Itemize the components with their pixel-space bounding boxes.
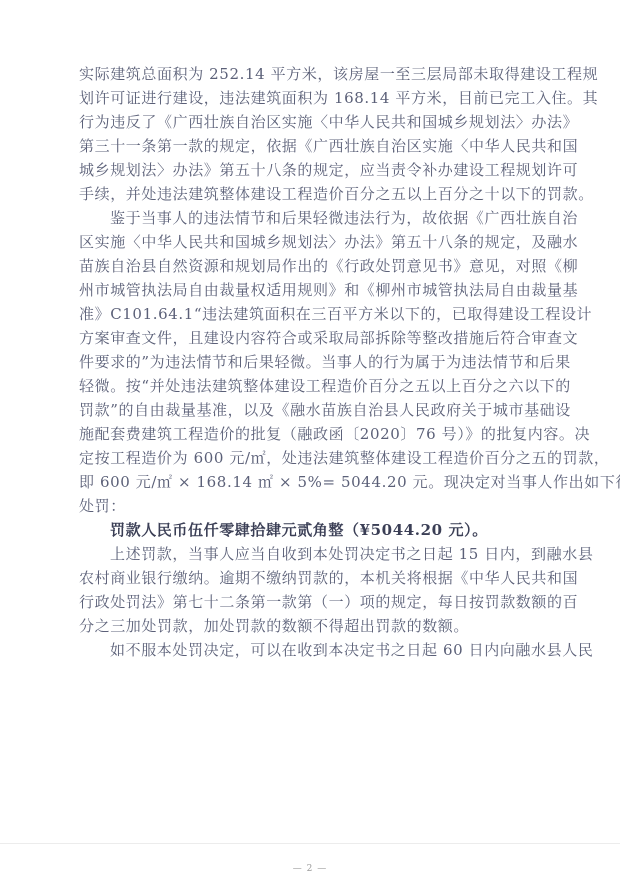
text-line: 即 600 元/㎡ × 168.14 ㎡ × 5%= 5044.20 元。现决定… — [79, 470, 549, 494]
text-line: 州市城管执法局自由裁量权适用规则》和《柳州市城管执法局自由裁量基 — [79, 278, 549, 302]
text-line: 施配套费建筑工程造价的批复（融政函〔2020〕76 号）》的批复内容。决 — [79, 422, 549, 446]
text-line: 农村商业银行缴纳。逾期不缴纳罚款的，本机关将根据《中华人民共和国 — [79, 566, 549, 590]
text-line: 罚款”的自由裁量基准，以及《融水苗族自治县人民政府关于城市基础设 — [79, 398, 549, 422]
text-line: 上述罚款，当事人应当自收到本处罚决定书之日起 15 日内，到融水县 — [79, 542, 549, 566]
text-line: 行政处罚法》第七十二条第一款第（一）项的规定，每日按罚款数额的百 — [79, 590, 549, 614]
text-line: 第三十一条第一款的规定，依据《广西壮族自治区实施〈中华人民共和国 — [79, 134, 549, 158]
text-line: 鉴于当事人的违法情节和后果轻微违法行为，故依据《广西壮族自治 — [79, 206, 549, 230]
text-line: 件要求的”为违法情节和后果轻微。当事人的行为属于为违法情节和后果 — [79, 350, 549, 374]
text-line: 行为违反了《广西壮族自治区实施〈中华人民共和国城乡规划法〉办法》 — [79, 110, 549, 134]
document-page: 实际建筑总面积为 252.14 平方米，该房屋一至三层局部未取得建设工程规 划许… — [0, 0, 620, 876]
paragraph-basis: 鉴于当事人的违法情节和后果轻微违法行为，故依据《广西壮族自治 区实施〈中华人民共… — [79, 206, 549, 518]
text-line: 分之三加处罚款，加处罚款的数额不得超出罚款的数额。 — [79, 614, 549, 638]
penalty-amount: 罚款人民币伍仟零肆拾肆元贰角整（¥5044.20 元）。 — [79, 518, 549, 542]
text-line: 方案审查文件，且建设内容符合或采取局部拆除等整改措施后符合审查文 — [79, 326, 549, 350]
text-line: 准》C101.64.1“违法建筑面积在三百平方米以下的，已取得建设工程设计 — [79, 302, 549, 326]
document-body: 实际建筑总面积为 252.14 平方米，该房屋一至三层局部未取得建设工程规 划许… — [79, 62, 549, 662]
page-divider — [0, 843, 620, 844]
text-line: 划许可证进行建设，违法建筑面积为 168.14 平方米，目前已完工入住。其 — [79, 86, 549, 110]
text-line: 如不服本处罚决定，可以在收到本决定书之日起 60 日内向融水县人民 — [79, 638, 549, 662]
text-line: 实际建筑总面积为 252.14 平方米，该房屋一至三层局部未取得建设工程规 — [79, 62, 549, 86]
page-number: — 2 — — [290, 864, 330, 874]
text-line: 轻微。按“并处违法建筑整体建设工程造价百分之五以上百分之六以下的 — [79, 374, 549, 398]
paragraph-payment: 上述罚款，当事人应当自收到本处罚决定书之日起 15 日内，到融水县 农村商业银行… — [79, 542, 549, 638]
paragraph-appeal: 如不服本处罚决定，可以在收到本决定书之日起 60 日内向融水县人民 — [79, 638, 549, 662]
text-line: 手续，并处违法建筑整体建设工程造价百分之五以上百分之十以下的罚款。 — [79, 182, 549, 206]
text-line: 定按工程造价为 600 元/㎡，处违法建筑整体建设工程造价百分之五的罚款， — [79, 446, 549, 470]
text-line: 区实施〈中华人民共和国城乡规划法〉办法》第五十八条的规定，及融水 — [79, 230, 549, 254]
paragraph-violation: 实际建筑总面积为 252.14 平方米，该房屋一至三层局部未取得建设工程规 划许… — [79, 62, 549, 206]
paragraph-penalty: 罚款人民币伍仟零肆拾肆元贰角整（¥5044.20 元）。 — [79, 518, 549, 542]
text-line: 处罚： — [79, 494, 549, 518]
text-line: 城乡规划法〉办法》第五十八条的规定，应当责令补办建设工程规划许可 — [79, 158, 549, 182]
text-line: 苗族自治县自然资源和规划局作出的《行政处罚意见书》意见，对照《柳 — [79, 254, 549, 278]
